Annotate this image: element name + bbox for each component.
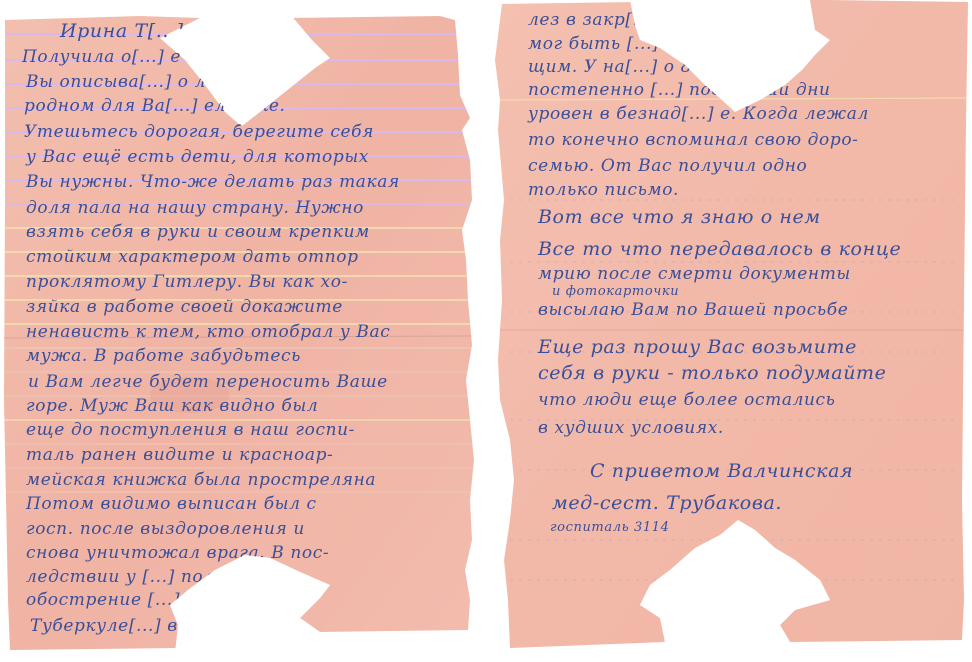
left-tears: [0, 0, 480, 662]
right-tears: [490, 0, 972, 662]
left-sheet: Ирина Т[...] Получила о[...] е хорошо Вы…: [0, 0, 480, 662]
right-sheet: лез в закр[...] орме что по- мог быть [.…: [490, 0, 972, 662]
